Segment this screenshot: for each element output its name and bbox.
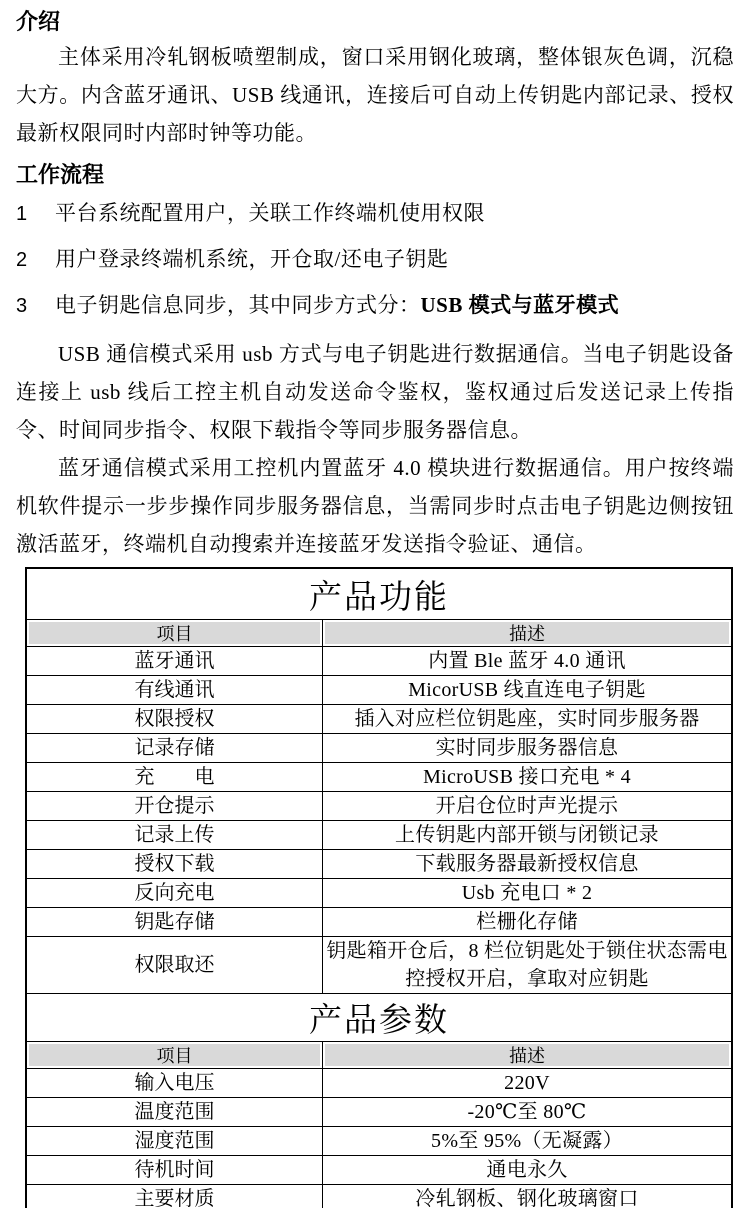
workflow-heading: 工作流程 — [16, 159, 734, 191]
table-row: 主要材质 冷轧钢板、钢化玻璃窗口 — [26, 1185, 732, 1208]
table-row: 权限授权 插入对应栏位钥匙座，实时同步服务器 — [26, 705, 732, 734]
item-cell: 钥匙存储 — [26, 908, 323, 937]
workflow-item-number: 2 — [16, 238, 55, 283]
workflow-item: 3电子钥匙信息同步，其中同步方式分：USB 模式与蓝牙模式 — [16, 283, 734, 329]
table-row: 温度范围 -20℃至 80℃ — [26, 1098, 732, 1127]
description-cell: 冷轧钢板、钢化玻璃窗口 — [323, 1185, 732, 1208]
table-row: 湿度范围 5%至 95%（无凝露） — [26, 1127, 732, 1156]
column-header-description: 描述 — [323, 1042, 732, 1069]
item-cell: 主要材质 — [26, 1185, 323, 1208]
product-parameters-title: 产品参数 — [26, 994, 732, 1042]
item-cell: 待机时间 — [26, 1156, 323, 1185]
item-cell: 权限授权 — [26, 705, 323, 734]
column-header-description: 描述 — [323, 620, 732, 647]
item-cell: 湿度范围 — [26, 1127, 323, 1156]
table-row: 充 电 MicroUSB 接口充电 * 4 — [26, 763, 732, 792]
table-header-row: 项目 描述 — [26, 620, 732, 647]
table-row: 授权下载 下载服务器最新授权信息 — [26, 850, 732, 879]
description-cell: -20℃至 80℃ — [323, 1098, 732, 1127]
table-title-row: 产品参数 — [26, 994, 732, 1042]
workflow-list: 1平台系统配置用户，关联工作终端机使用权限 2用户登录终端机系统，开仓取/还电子… — [16, 191, 734, 329]
product-functions-title: 产品功能 — [26, 568, 732, 620]
product-spec-table: 产品功能 项目 描述 蓝牙通讯 内置 Ble 蓝牙 4.0 通讯 有线通讯 Mi… — [25, 567, 733, 1208]
workflow-item: 1平台系统配置用户，关联工作终端机使用权限 — [16, 191, 734, 237]
item-cell: 充 电 — [26, 763, 323, 792]
workflow-item-text: 用户登录终端机系统，开仓取/还电子钥匙 — [55, 247, 448, 271]
workflow-item-number: 3 — [16, 284, 55, 329]
column-header-item: 项目 — [26, 1042, 323, 1069]
table-header-row: 项目 描述 — [26, 1042, 732, 1069]
table-row: 输入电压 220V — [26, 1069, 732, 1098]
workflow-item-number: 1 — [16, 192, 55, 237]
workflow-item-bold-text: USB 模式与蓝牙模式 — [421, 293, 620, 317]
description-cell: 插入对应栏位钥匙座，实时同步服务器 — [323, 705, 732, 734]
item-cell: 授权下载 — [26, 850, 323, 879]
description-cell: 开启仓位时声光提示 — [323, 792, 732, 821]
column-header-item: 项目 — [26, 620, 323, 647]
description-cell: 钥匙箱开仓后，8 栏位钥匙处于锁住状态需电控授权开启，拿取对应钥匙 — [323, 937, 732, 994]
table-row: 蓝牙通讯 内置 Ble 蓝牙 4.0 通讯 — [26, 647, 732, 676]
item-cell: 权限取还 — [26, 937, 323, 994]
item-cell: 温度范围 — [26, 1098, 323, 1127]
document-page: 介绍 主体采用冷轧钢板喷塑制成，窗口采用钢化玻璃，整体银灰色调，沉稳大方。内含蓝… — [0, 0, 750, 1208]
table-row: 权限取还 钥匙箱开仓后，8 栏位钥匙处于锁住状态需电控授权开启，拿取对应钥匙 — [26, 937, 732, 994]
workflow-item: 2用户登录终端机系统，开仓取/还电子钥匙 — [16, 237, 734, 283]
item-cell: 蓝牙通讯 — [26, 647, 323, 676]
item-cell: 记录上传 — [26, 821, 323, 850]
description-cell: Usb 充电口 * 2 — [323, 879, 732, 908]
description-cell: MicroUSB 接口充电 * 4 — [323, 763, 732, 792]
table-row: 待机时间 通电永久 — [26, 1156, 732, 1185]
description-cell: MicorUSB 线直连电子钥匙 — [323, 676, 732, 705]
table-row: 有线通讯 MicorUSB 线直连电子钥匙 — [26, 676, 732, 705]
workflow-item-text: 电子钥匙信息同步，其中同步方式分： — [55, 293, 421, 317]
bluetooth-mode-paragraph: 蓝牙通信模式采用工控机内置蓝牙 4.0 模块进行数据通信。用户按终端机软件提示一… — [16, 449, 734, 563]
description-cell: 上传钥匙内部开锁与闭锁记录 — [323, 821, 732, 850]
product-functions-body: 蓝牙通讯 内置 Ble 蓝牙 4.0 通讯 有线通讯 MicorUSB 线直连电… — [26, 647, 732, 994]
item-cell: 有线通讯 — [26, 676, 323, 705]
item-cell: 记录存储 — [26, 734, 323, 763]
table-row: 开仓提示 开启仓位时声光提示 — [26, 792, 732, 821]
description-cell: 栏栅化存储 — [323, 908, 732, 937]
usb-mode-paragraph: USB 通信模式采用 usb 方式与电子钥匙进行数据通信。当电子钥匙设备连接上 … — [16, 335, 734, 449]
intro-paragraph: 主体采用冷轧钢板喷塑制成，窗口采用钢化玻璃，整体银灰色调，沉稳大方。内含蓝牙通讯… — [16, 38, 734, 152]
table-title-row: 产品功能 — [26, 568, 732, 620]
item-cell: 输入电压 — [26, 1069, 323, 1098]
item-cell: 开仓提示 — [26, 792, 323, 821]
description-cell: 通电永久 — [323, 1156, 732, 1185]
table-row: 反向充电 Usb 充电口 * 2 — [26, 879, 732, 908]
workflow-item-text: 平台系统配置用户，关联工作终端机使用权限 — [55, 201, 485, 225]
table-row: 记录存储 实时同步服务器信息 — [26, 734, 732, 763]
description-cell: 内置 Ble 蓝牙 4.0 通讯 — [323, 647, 732, 676]
description-cell: 下载服务器最新授权信息 — [323, 850, 732, 879]
description-cell: 实时同步服务器信息 — [323, 734, 732, 763]
item-cell: 反向充电 — [26, 879, 323, 908]
description-cell: 220V — [323, 1069, 732, 1098]
description-cell: 5%至 95%（无凝露） — [323, 1127, 732, 1156]
product-parameters-body: 输入电压 220V 温度范围 -20℃至 80℃ 湿度范围 5%至 95%（无凝… — [26, 1069, 732, 1208]
table-row: 记录上传 上传钥匙内部开锁与闭锁记录 — [26, 821, 732, 850]
intro-heading: 介绍 — [16, 6, 734, 38]
table-row: 钥匙存储 栏栅化存储 — [26, 908, 732, 937]
